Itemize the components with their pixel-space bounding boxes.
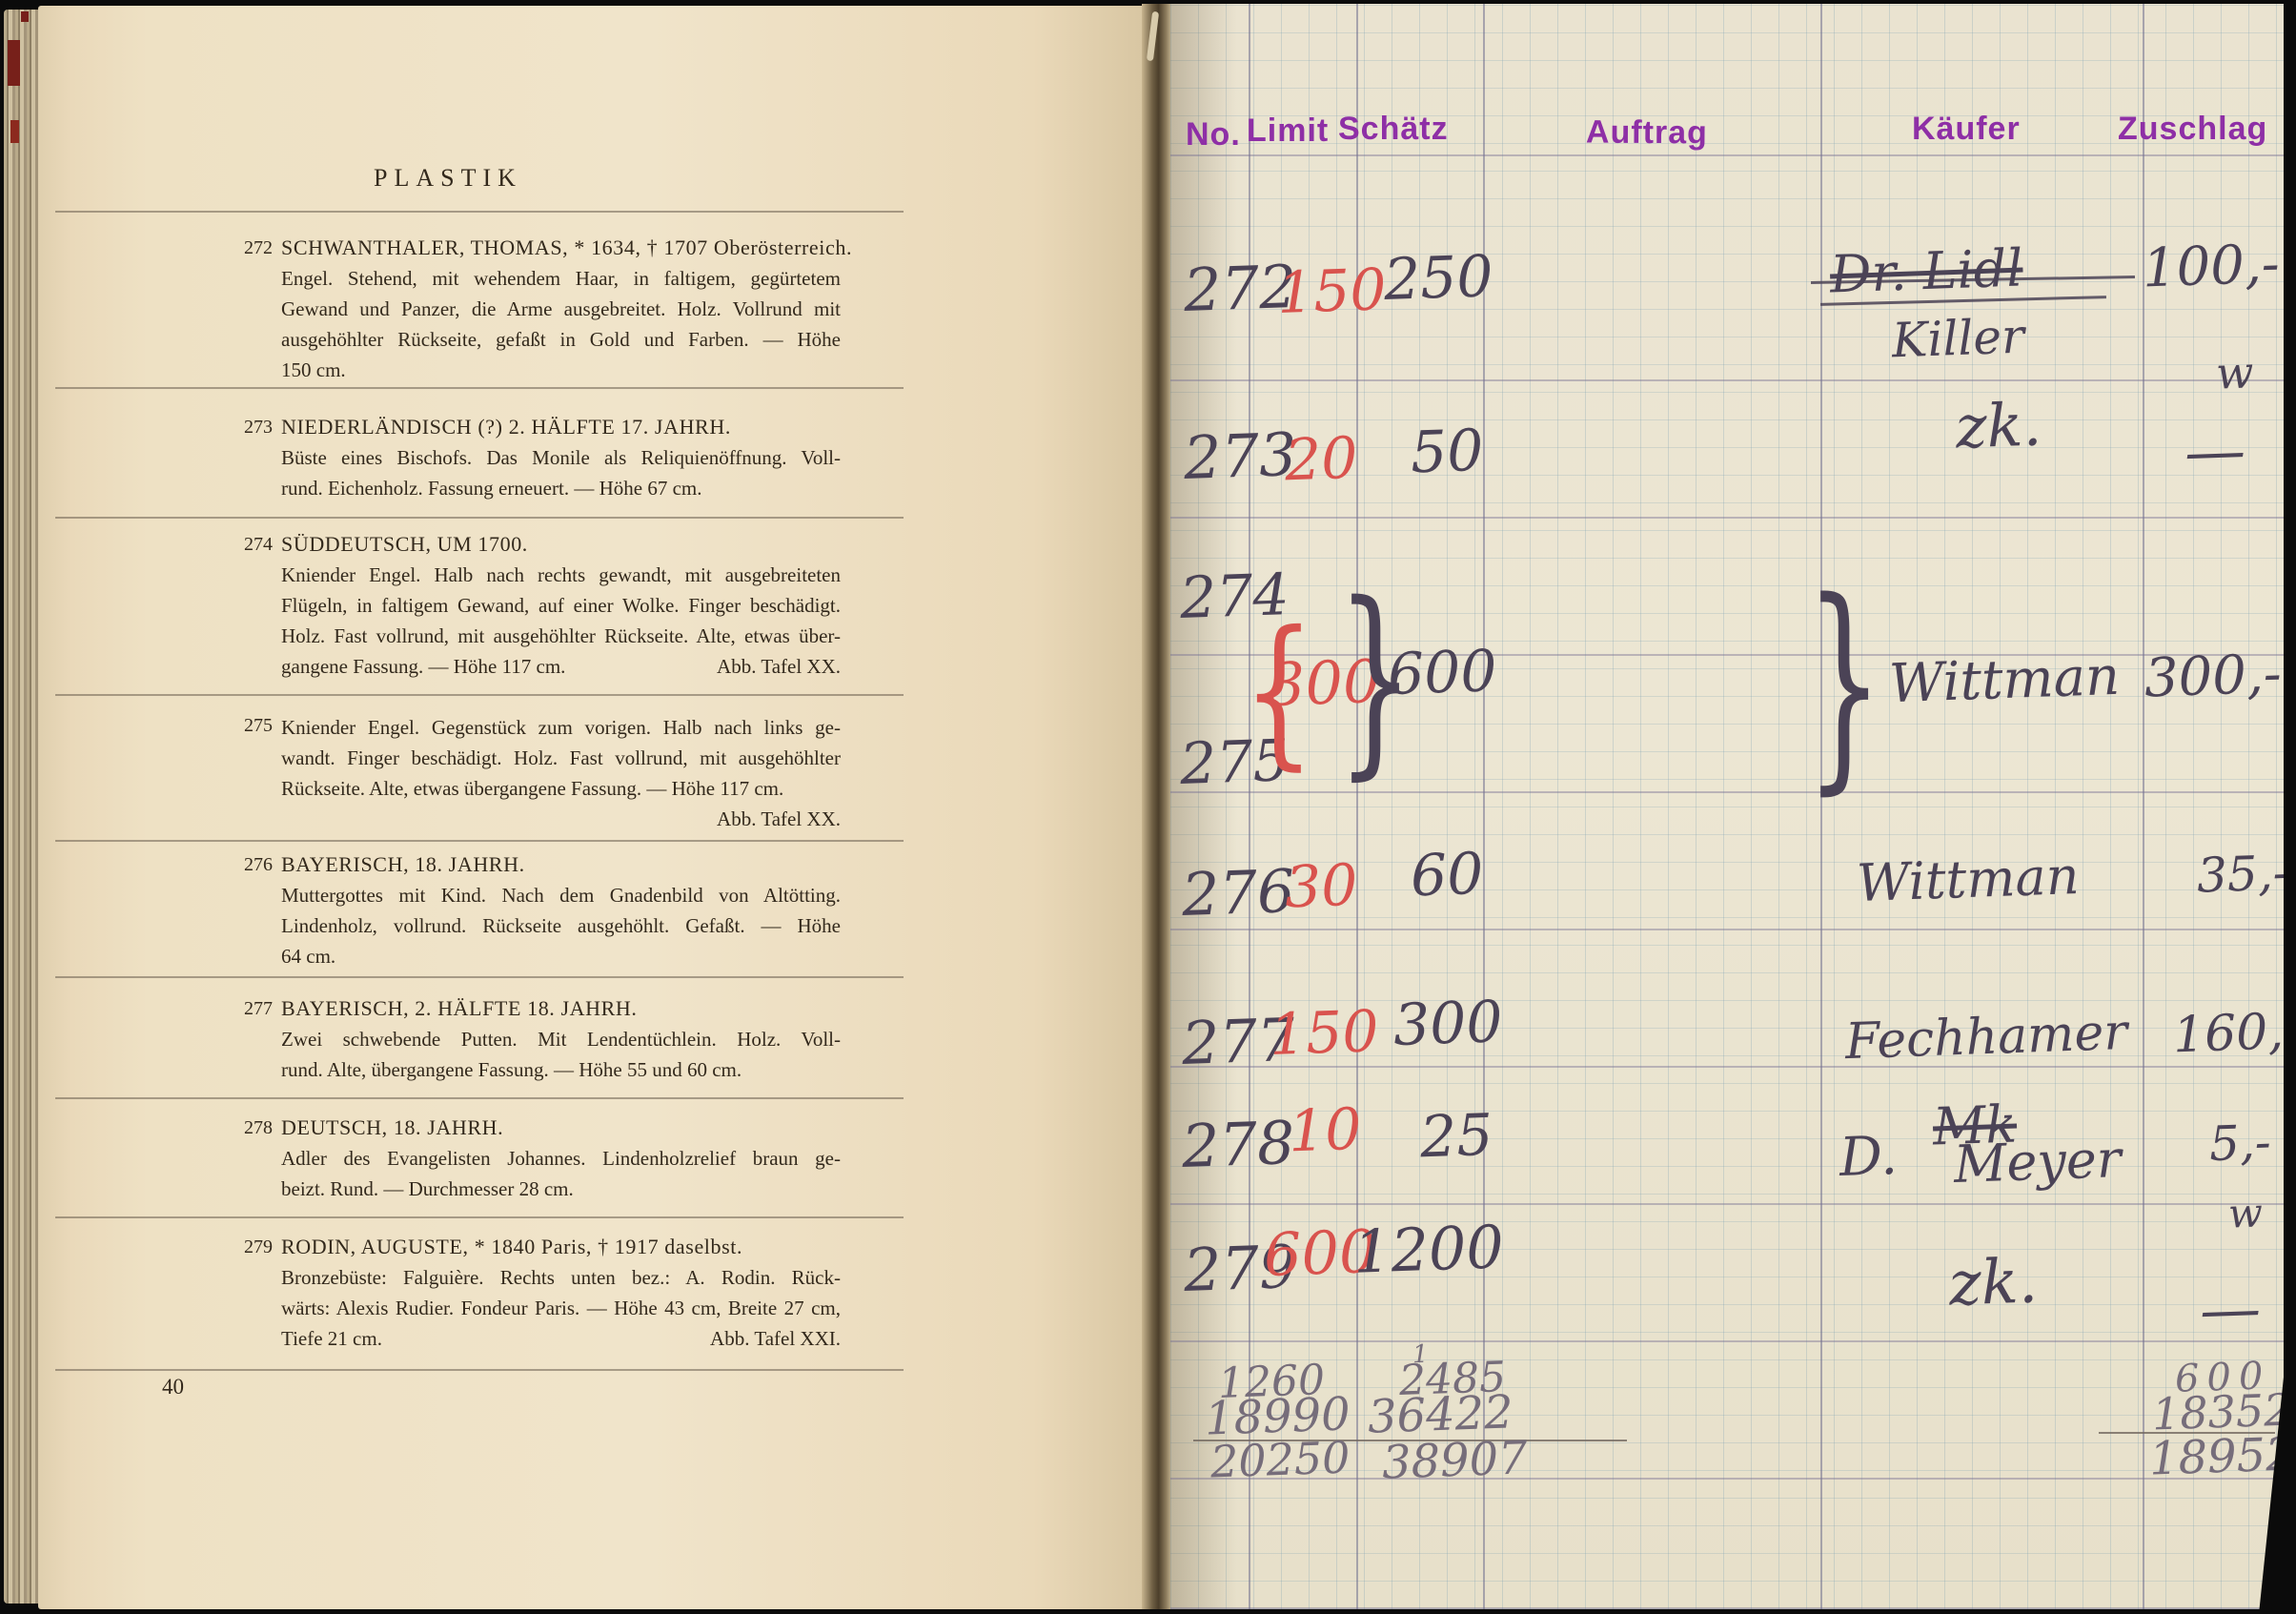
hw-limit-277: 150 xyxy=(1269,1003,1380,1064)
lot-number: 275 xyxy=(234,715,273,737)
hw-kaeufer-278: Meyer xyxy=(1953,1134,2122,1191)
column-header-kaeufer: Käufer xyxy=(1912,112,2021,145)
hw-kaeufer-277: Fechhamer xyxy=(1844,1008,2128,1067)
printed-rule xyxy=(55,1097,904,1099)
hw-total-schaetz-sum: 38907 xyxy=(1381,1435,1528,1485)
entry-line: gangene Fassung. — Höhe 117 cm. Abb. Taf… xyxy=(281,651,841,682)
page-number: 40 xyxy=(162,1375,184,1399)
ledger-line xyxy=(1170,379,2284,381)
entry-line: Adler des Evangelisten Johannes. Lindenh… xyxy=(281,1143,841,1174)
hw-limit-272: 150 xyxy=(1276,261,1388,322)
hw-kaeufer-279: zk. xyxy=(1948,1251,2039,1315)
entry-heading: SÜDDEUTSCH, UM 1700. xyxy=(281,529,841,560)
page-stack-edge xyxy=(4,10,38,1604)
entry-line: Engel. Stehend, mit wehendem Haar, in fa… xyxy=(281,263,841,294)
lot-number: 273 xyxy=(234,417,273,439)
entry-line: 150 cm. xyxy=(281,355,841,385)
ledger-page: No. Limit Schätz Auftrag Käufer Zuschlag… xyxy=(1170,4,2284,1609)
red-edge-mark xyxy=(21,11,29,22)
printed-rule xyxy=(55,694,904,696)
ledger-line xyxy=(1170,929,2284,930)
hw-no-273: 273 xyxy=(1183,425,1297,488)
entry-line-text: gangene Fassung. — Höhe 117 cm. xyxy=(281,651,565,682)
book-spine xyxy=(1142,4,1172,1609)
plate-reference: Abb. Tafel XXI. xyxy=(710,1323,841,1354)
hw-kaeufer-276: Wittman xyxy=(1856,850,2080,909)
column-header-limit: Limit xyxy=(1247,114,1329,147)
hw-zuschlag-278: 5,- xyxy=(2208,1118,2271,1168)
catalog-entry-273: 273 NIEDERLÄNDISCH (?) 2. HÄLFTE 17. JAH… xyxy=(234,412,841,503)
entry-line: Zwei schwebende Putten. Mit Lendentüchle… xyxy=(281,1024,841,1054)
catalog-entry-278: 278 DEUTSCH, 18. JAHRH. Adler des Evange… xyxy=(234,1113,841,1204)
entry-line: rund. Eichenholz. Fassung erneuert. — Hö… xyxy=(281,473,841,503)
ledger-line xyxy=(1170,517,2284,519)
hw-schaetz-277: 300 xyxy=(1392,993,1504,1054)
hw-limit-278: 10 xyxy=(1288,1101,1362,1161)
entry-heading: DEUTSCH, 18. JAHRH. xyxy=(281,1113,841,1143)
page-title: PLASTIK xyxy=(374,164,522,193)
hw-kaeufer-278-prefix: D. xyxy=(1839,1130,1899,1185)
hw-kaeufer-272: Killer xyxy=(1891,313,2024,365)
hw-kaeufer-274-275: Wittman xyxy=(1888,650,2121,711)
hw-zuschlag-277: 160,- xyxy=(2172,1007,2284,1061)
entry-line: Muttergottes mit Kind. Nach dem Gnadenbi… xyxy=(281,880,841,910)
hw-total-limit-sum: 20250 xyxy=(1209,1435,1351,1483)
entry-line: wandt. Finger beschädigt. Holz. Fast vol… xyxy=(281,743,841,773)
entry-line: Büste eines Bischofs. Das Monile als Rel… xyxy=(281,442,841,473)
catalog-entry-277: 277 BAYERISCH, 2. HÄLFTE 18. JAHRH. Zwei… xyxy=(234,993,841,1085)
catalog-entry-276: 276 BAYERISCH, 18. JAHRH. Muttergottes m… xyxy=(234,849,841,971)
entry-line: 64 cm. xyxy=(281,941,841,971)
hw-schaetz-273: 50 xyxy=(1410,422,1484,482)
column-header-zuschlag: Zuschlag xyxy=(2118,112,2267,145)
plate-reference: Abb. Tafel XX. xyxy=(281,804,841,834)
red-edge-mark xyxy=(8,40,20,86)
hw-zuschlag-273: — xyxy=(2184,420,2246,483)
entry-line: ausgehöhlter Rückseite, gefaßt in Gold u… xyxy=(281,324,841,355)
hw-kaeufer-272-struck: Dr. Lidl xyxy=(1829,242,2023,300)
lot-number: 279 xyxy=(234,1236,273,1258)
entry-heading: BAYERISCH, 2. HÄLFTE 18. JAHRH. xyxy=(281,993,841,1024)
hw-schaetz-276: 60 xyxy=(1410,846,1484,906)
entry-line: Holz. Fast vollrund, mit ausgehöhlter Rü… xyxy=(281,621,841,651)
entry-line: Rückseite. Alte, etwas übergangene Fassu… xyxy=(281,773,841,804)
ledger-line xyxy=(1170,1607,2284,1609)
lot-number: 272 xyxy=(234,237,273,259)
hw-no-278: 278 xyxy=(1181,1113,1295,1176)
hw-no-276: 276 xyxy=(1181,862,1295,925)
hw-zuschlag-274-275: 300,- xyxy=(2144,648,2282,706)
red-edge-mark xyxy=(10,120,19,143)
entry-line-text: Tiefe 21 cm. xyxy=(281,1323,382,1354)
hw-ditto-mark: w xyxy=(2215,350,2254,395)
printed-rule xyxy=(55,387,904,389)
hw-limit-273: 20 xyxy=(1284,430,1358,490)
entry-line: Flügeln, in faltigem Gewand, auf einer W… xyxy=(281,590,841,621)
hw-zuschlag-279: — xyxy=(2199,1278,2262,1341)
column-header-no: No. xyxy=(1186,118,1241,151)
hw-brace-kaeufer: } xyxy=(1805,572,1883,796)
hw-schaetz-274-275: 600 xyxy=(1387,643,1498,704)
lot-number: 276 xyxy=(234,854,273,876)
hw-kaeufer-273: zk. xyxy=(1955,395,2042,457)
entry-line: Tiefe 21 cm. Abb. Tafel XXI. xyxy=(281,1323,841,1354)
hw-zuschlag-272: 100,- xyxy=(2142,238,2280,296)
plate-reference: Abb. Tafel XX. xyxy=(717,651,841,682)
printed-rule xyxy=(55,976,904,978)
catalog-entry-272: 272 SCHWANTHALER, THOMAS, * 1634, † 1707… xyxy=(234,233,841,385)
entry-line: Kniender Engel. Halb nach rechts gewandt… xyxy=(281,560,841,590)
entry-heading: BAYERISCH, 18. JAHRH. xyxy=(281,849,841,880)
entry-line: beizt. Rund. — Durchmesser 28 cm. xyxy=(281,1174,841,1204)
printed-rule xyxy=(55,840,904,842)
entry-heading: NIEDERLÄNDISCH (?) 2. HÄLFTE 17. JAHRH. xyxy=(281,412,841,442)
hw-zuschlag-276: 35,- xyxy=(2196,848,2284,899)
printed-rule xyxy=(55,517,904,519)
hw-total-zuschlag-sum: 18952 xyxy=(2148,1431,2284,1481)
ledger-line xyxy=(1170,154,2284,156)
column-header-schaetz: Schätz xyxy=(1338,112,1449,145)
entry-heading: SCHWANTHALER, THOMAS, * 1634, † 1707 Obe… xyxy=(281,233,841,263)
entry-line: Gewand und Panzer, die Arme ausgebreitet… xyxy=(281,294,841,324)
hw-limit-276: 30 xyxy=(1284,857,1358,917)
entry-heading: RODIN, AUGUSTE, * 1840 Paris, † 1917 das… xyxy=(281,1232,841,1262)
entry-line: wärts: Alexis Rudier. Fondeur Paris. — H… xyxy=(281,1293,841,1323)
lot-number: 278 xyxy=(234,1117,273,1139)
hw-schaetz-279: 1200 xyxy=(1352,1217,1505,1281)
hw-schaetz-272: 250 xyxy=(1383,248,1494,309)
entry-line: Lindenholz, vollrund. Rückseite ausgehöh… xyxy=(281,910,841,941)
entry-line: rund. Alte, übergangene Fassung. — Höhe … xyxy=(281,1054,841,1085)
lot-number: 274 xyxy=(234,534,273,556)
column-header-auftrag: Auftrag xyxy=(1586,116,1708,150)
column-line xyxy=(1356,4,1358,1609)
hw-schaetz-278: 25 xyxy=(1419,1107,1493,1167)
catalog-entry-274: 274 SÜDDEUTSCH, UM 1700. Kniender Engel.… xyxy=(234,529,841,682)
lot-number: 277 xyxy=(234,998,273,1020)
printed-rule xyxy=(55,211,904,213)
printed-rule xyxy=(55,1216,904,1218)
ledger-line xyxy=(1170,1340,2284,1342)
catalog-entry-279: 279 RODIN, AUGUSTE, * 1840 Paris, † 1917… xyxy=(234,1232,841,1354)
entry-line: Bronzebüste: Falguière. Rechts unten bez… xyxy=(281,1262,841,1293)
entry-line: Kniender Engel. Gegenstück zum vorigen. … xyxy=(281,712,841,743)
catalog-entry-275: 275 Kniender Engel. Gegenstück zum vorig… xyxy=(234,712,841,834)
hw-ditto-mark: w xyxy=(2227,1193,2263,1234)
book-scan: PLASTIK 272 SCHWANTHALER, THOMAS, * 1634… xyxy=(0,0,2296,1614)
ledger-line xyxy=(1170,1203,2284,1205)
printed-rule xyxy=(55,1369,904,1371)
